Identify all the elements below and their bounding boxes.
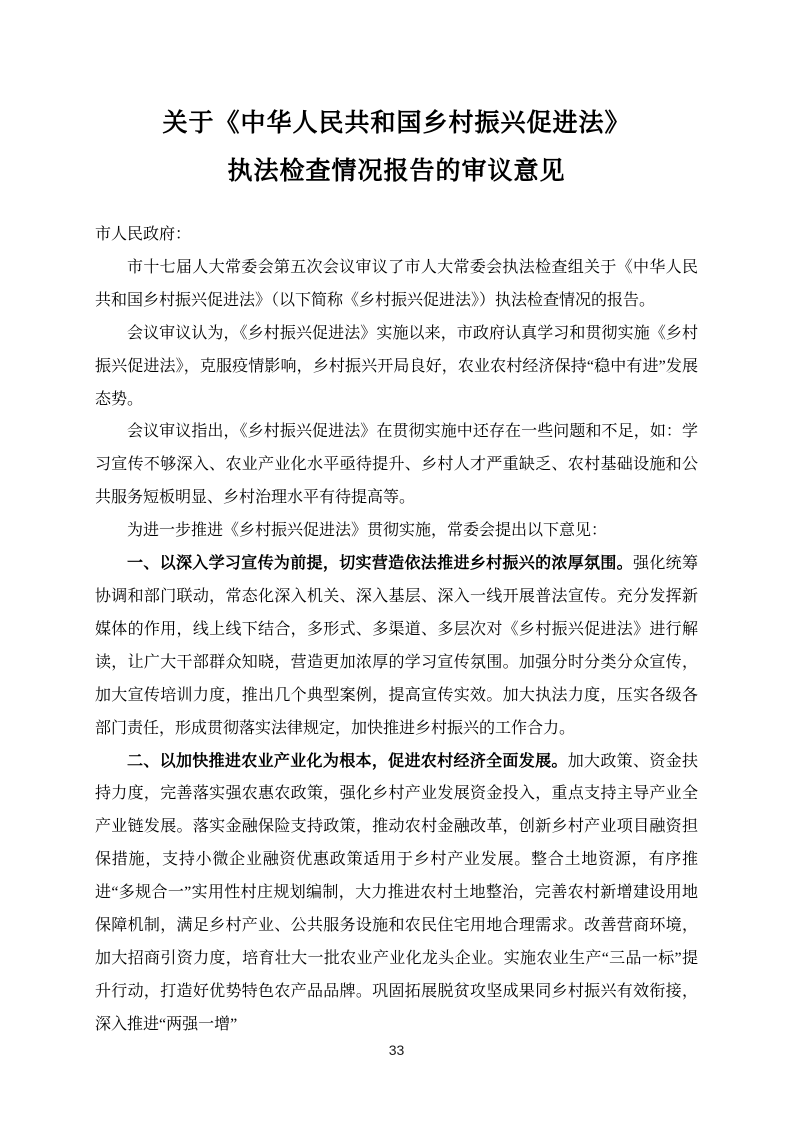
paragraph-text: 为进一步推进《乡村振兴促进法》贯彻实施，常委会提出以下意见： xyxy=(127,522,607,539)
paragraph-text: 会议审议认为，《乡村振兴促进法》实施以来，市政府认真学习和贯彻实施《乡村振兴促进… xyxy=(95,325,698,408)
paragraph-5: 一、以深入学习宣传为前提，切实营造依法推进乡村振兴的浓厚氛围。强化统筹协调和部门… xyxy=(95,548,698,745)
page-number: 33 xyxy=(0,1042,793,1058)
paragraph-6: 二、以加快推进农业产业化为根本，促进农村经济全面发展。加大政策、资金扶持力度，完… xyxy=(95,746,698,1042)
title-line-1: 关于《中华人民共和国乡村振兴促进法》 xyxy=(95,100,698,148)
paragraph-3: 会议审议指出，《乡村振兴促进法》在贯彻实施中还存在一些问题和不足，如：学习宣传不… xyxy=(95,416,698,515)
paragraph-text: 市十七届人大常委会第五次会议审议了市人大常委会执法检查组关于《中华人民共和国乡村… xyxy=(95,259,698,309)
salutation: 市人民政府： xyxy=(95,219,698,252)
paragraph-text: 加大政策、资金扶持力度，完善落实强农惠农政策，强化乡村产业发展资金投入，重点支持… xyxy=(95,753,698,1033)
paragraph-text: 强化统筹协调和部门联动，常态化深入机关、深入基层、深入一线开展普法宣传。充分发挥… xyxy=(95,555,698,737)
title-line-2: 执法检查情况报告的审议意见 xyxy=(95,148,698,196)
paragraph-lead: 一、以深入学习宣传为前提，切实营造依法推进乡村振兴的浓厚氛围。 xyxy=(127,555,633,572)
paragraph-lead: 二、以加快推进农业产业化为根本，促进农村经济全面发展。 xyxy=(127,753,568,770)
paragraph-1: 市十七届人大常委会第五次会议审议了市人大常委会执法检查组关于《中华人民共和国乡村… xyxy=(95,252,698,318)
paragraph-2: 会议审议认为，《乡村振兴促进法》实施以来，市政府认真学习和贯彻实施《乡村振兴促进… xyxy=(95,318,698,417)
paragraph-text: 会议审议指出，《乡村振兴促进法》在贯彻实施中还存在一些问题和不足，如：学习宣传不… xyxy=(95,423,698,506)
paragraph-4: 为进一步推进《乡村振兴促进法》贯彻实施，常委会提出以下意见： xyxy=(95,515,698,548)
document-page: 关于《中华人民共和国乡村振兴促进法》 执法检查情况报告的审议意见 市人民政府： … xyxy=(0,0,793,1122)
document-body: 市人民政府： 市十七届人大常委会第五次会议审议了市人大常委会执法检查组关于《中华… xyxy=(95,219,698,1042)
document-title: 关于《中华人民共和国乡村振兴促进法》 执法检查情况报告的审议意见 xyxy=(95,100,698,196)
